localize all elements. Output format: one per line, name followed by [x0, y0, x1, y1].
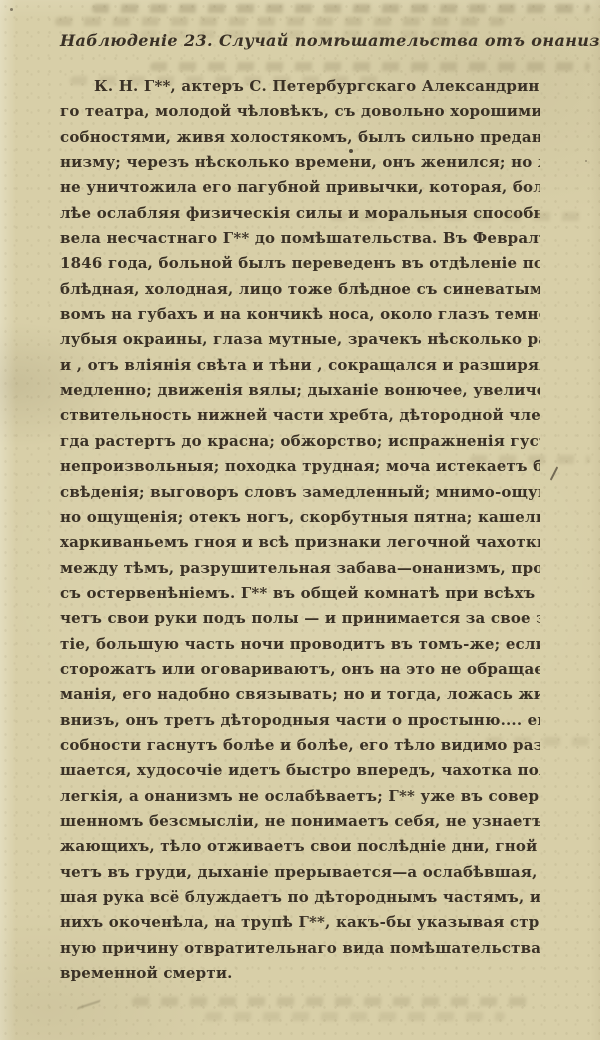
text-line: гда растертъ до красна; обжорство; испра…	[60, 429, 540, 454]
text-line: легкія, а онанизмъ не ослабѣваетъ; Г** у…	[60, 784, 540, 809]
paragraph: К. Н. Г**, актеръ С. Петербургскаго Алек…	[60, 74, 540, 986]
text-line: блѣдная, холодная, лицо тоже блѣдное съ …	[60, 277, 540, 302]
text-line: шая рука всё блуждаетъ по дѣтороднымъ ча…	[60, 885, 540, 910]
text-line: жающихъ, тѣло отживаетъ свои послѣдніе д…	[60, 834, 540, 859]
text-line: но ощущенія; отекъ ногъ, скорбутныя пятн…	[60, 505, 540, 530]
text-line: между тѣмъ, разрушительная забава—онаниз…	[60, 556, 540, 581]
text-line: вомъ на губахъ и на кончикѣ носа, около …	[60, 302, 540, 327]
ink-speck	[585, 160, 587, 162]
show-through-ghost-line	[92, 4, 591, 13]
text-line: и , отъ вліянія свѣта и тѣни , сокращалс…	[60, 353, 540, 378]
section-heading: Наблюденіе 23. Случай помѣшательства отъ…	[60, 31, 540, 50]
text-line: харкиваньемъ гноя и всѣ признаки легочно…	[60, 530, 540, 555]
text-line: шенномъ безсмысліи, не понимаетъ себя, н…	[60, 809, 540, 834]
text-line: свѣденія; выговоръ словъ замедленный; мн…	[60, 480, 540, 505]
text-line: шается, худосочіе идетъ быстро впередъ, …	[60, 758, 540, 783]
text-line: 1846 года, больной былъ переведенъ въ от…	[60, 251, 540, 276]
text-line: вела несчастнаго Г** до помѣшательства. …	[60, 226, 540, 251]
text-line: сторожатъ или оговариваютъ, онъ на это н…	[60, 657, 540, 682]
book-page: Наблюденіе 23. Случай помѣшательства отъ…	[0, 0, 600, 1040]
text-line: непроизвольныя; походка трудная; моча ис…	[60, 454, 540, 479]
text-line: ную причину отвратительнаго вида помѣшат…	[60, 936, 540, 961]
text-line: не уничтожила его пагубной привычки, кот…	[60, 175, 540, 200]
pencil-squiggle	[77, 989, 103, 1010]
text-line: внизъ, онъ третъ дѣтородныя части о прос…	[60, 708, 540, 733]
show-through-ghost-line	[150, 62, 591, 71]
text-line: временной смерти.	[60, 961, 540, 986]
ink-stroke-mark	[550, 466, 559, 480]
text-line: медленно; движенія вялы; дыханіе вонючее…	[60, 378, 540, 403]
text-line: съ остервенѣніемъ. Г** въ общей комнатѣ …	[60, 581, 540, 606]
text-line: четъ въ груди, дыханіе прерывается—а осл…	[60, 860, 540, 885]
text-line: го театра, молодой чѣловѣкъ, съ довольно…	[60, 99, 540, 124]
show-through-ghost-line	[55, 17, 506, 26]
text-line: ствительность нижней части хребта, дѣтор…	[60, 403, 540, 428]
text-line: тіе, большую часть ночи проводитъ въ том…	[60, 632, 540, 657]
text-line: лубыя окраины, глаза мутные, зрачекъ нѣс…	[60, 327, 540, 352]
ink-speck	[10, 8, 13, 11]
text-line: манія, его надобно связывать; но и тогда…	[60, 682, 540, 707]
text-line: нихъ окоченѣла, на трупѣ Г**, какъ-бы ук…	[60, 910, 540, 935]
show-through-ghost-line	[205, 1012, 506, 1021]
text-line: собности гаснутъ болѣе и болѣе, его тѣло…	[60, 733, 540, 758]
text-line: низму; черезъ нѣсколько времени, онъ жен…	[60, 150, 540, 175]
text-line: К. Н. Г**, актеръ С. Петербургскаго Алек…	[60, 74, 540, 99]
text-line: четъ свои руки подъ полы — и принимается…	[60, 606, 540, 631]
show-through-ghost-line	[132, 997, 533, 1006]
text-line: лѣе ослабляя физическія силы и моральныя…	[60, 201, 540, 226]
text-line: собностями, живя холостякомъ, былъ сильн…	[60, 125, 540, 150]
